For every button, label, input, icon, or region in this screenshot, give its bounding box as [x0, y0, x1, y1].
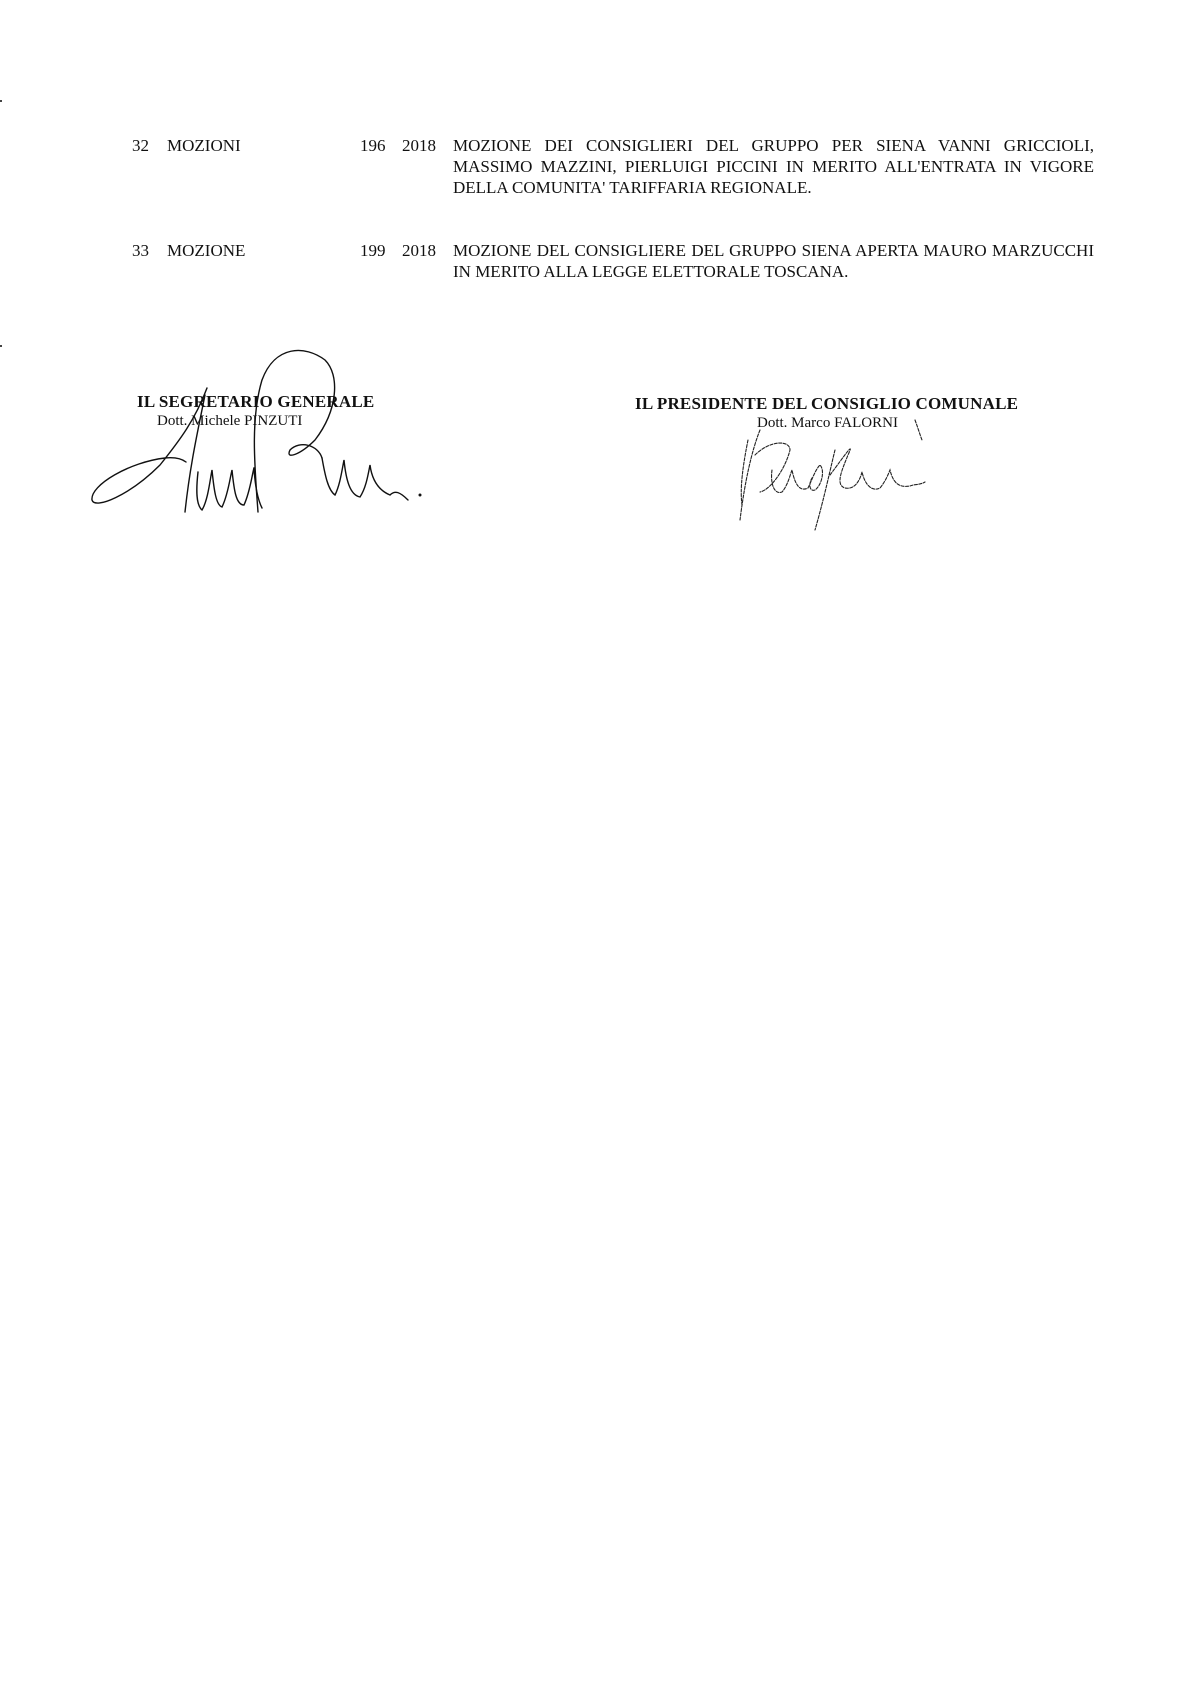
handwritten-signature-president: [0, 0, 1190, 1683]
document-page: 32 MOZIONI 196 2018 MOZIONE DEI CONSIGLI…: [0, 0, 1190, 1683]
